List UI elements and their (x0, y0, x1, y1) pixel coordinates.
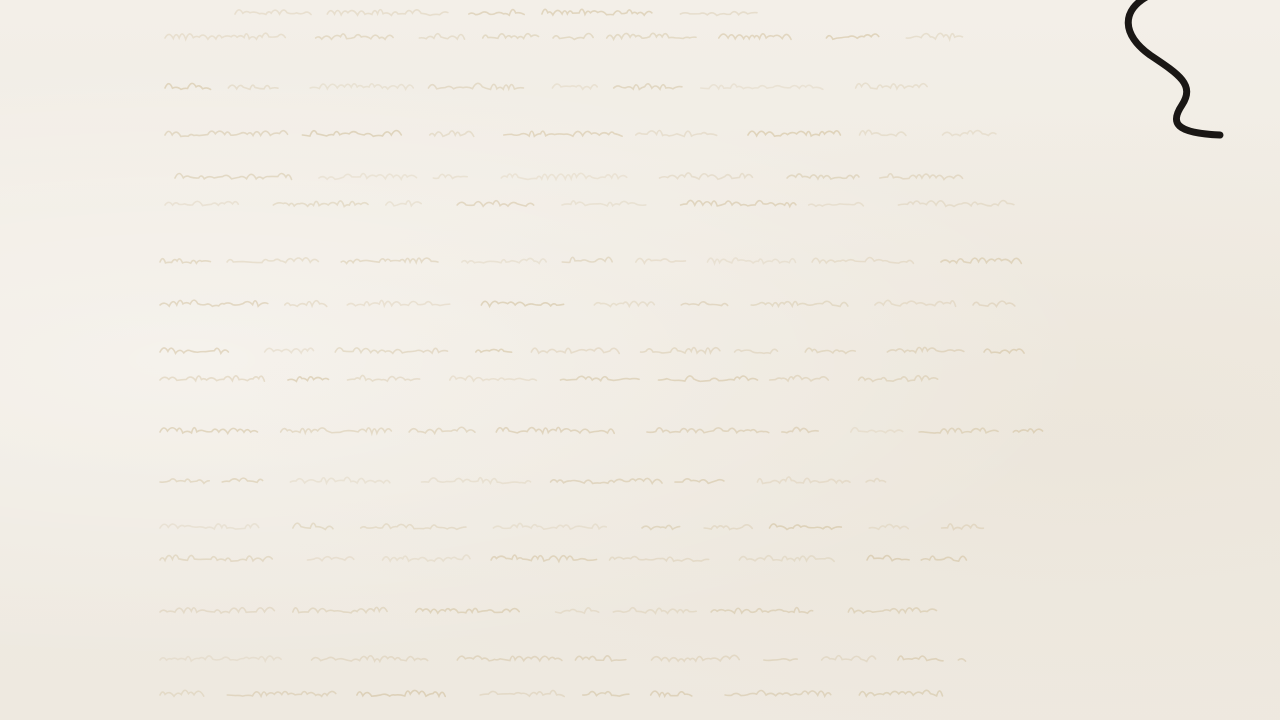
bleed-word (636, 130, 717, 136)
bleed-word (562, 257, 612, 262)
bleed-word (984, 349, 1024, 353)
bleed-word (681, 302, 727, 306)
bleed-word (483, 34, 539, 39)
bleed-word (848, 608, 936, 613)
bleed-word (469, 10, 524, 16)
bleed-word (556, 608, 599, 613)
bleed-word (227, 691, 335, 696)
bleed-word (312, 656, 428, 662)
ink-flourish (1110, 0, 1240, 145)
bleed-word (561, 376, 640, 380)
bleed-word (160, 555, 272, 561)
bleed-word (542, 9, 652, 15)
bleed-word (316, 34, 394, 39)
bleed-word (652, 655, 740, 661)
bleed-word (856, 83, 927, 89)
bleed-word (906, 33, 962, 39)
bleed-word (416, 608, 519, 613)
bleed-word (265, 348, 314, 353)
bleed-word (680, 12, 757, 16)
bleed-word (770, 376, 829, 381)
bleed-word (787, 174, 859, 179)
bleed-word (160, 348, 228, 353)
bleed-word (826, 34, 878, 39)
bleed-word (658, 376, 757, 381)
bleed-word (719, 34, 791, 40)
bleed-word (160, 300, 268, 306)
bleed-word (757, 477, 850, 484)
bleed-word (273, 201, 368, 207)
bleed-word (551, 478, 662, 483)
bleed-word (875, 300, 956, 306)
bleed-word (433, 174, 467, 178)
bleed-word (651, 691, 692, 696)
bleed-word (764, 659, 797, 661)
bleed-word (748, 131, 840, 136)
bleed-word (341, 258, 438, 263)
bleed-word (493, 523, 606, 529)
bleed-word (553, 33, 593, 39)
bleed-word (562, 201, 646, 206)
bleed-word (867, 555, 909, 560)
bleed-word (859, 690, 942, 696)
bleed-word (302, 131, 401, 137)
bleed-word (782, 427, 818, 432)
bleed-word (613, 608, 696, 614)
bleed-word (165, 33, 285, 39)
bleed-word (160, 524, 259, 529)
bleed-word (501, 173, 627, 179)
bleed-word (636, 258, 686, 263)
bleed-word (227, 258, 318, 263)
bleed-word (942, 524, 984, 530)
bleed-word (160, 690, 204, 696)
bleed-word (476, 349, 512, 352)
bleed-word (552, 84, 597, 89)
bleed-word (160, 428, 257, 434)
bleed-word (307, 557, 353, 561)
bleed-word (288, 377, 329, 382)
bleed-word (165, 201, 238, 205)
bleed-word (958, 659, 965, 661)
bleed-word (422, 478, 531, 484)
bleed-word (607, 33, 696, 39)
bleed-word (898, 656, 943, 661)
bleed-word (160, 259, 210, 264)
bleed-word (594, 301, 654, 306)
bleed-word (809, 203, 864, 207)
bleed-word (531, 348, 619, 353)
bleed-word (228, 85, 278, 89)
bleed-word (285, 301, 327, 307)
bleed-word (973, 301, 1015, 306)
bleed-word (860, 130, 906, 136)
bleed-word (160, 608, 274, 614)
bleed-word (428, 83, 523, 89)
bleed-word (770, 524, 842, 529)
bleed-word (859, 376, 938, 382)
bleed-word (310, 84, 413, 89)
bleed-word (175, 173, 292, 179)
bleed-word (457, 201, 534, 207)
bleed-word (707, 258, 795, 263)
bleed-word (887, 347, 963, 352)
bleed-word (919, 428, 998, 433)
bleed-word (222, 478, 262, 482)
bleed-word (504, 131, 622, 136)
bleed-word (614, 84, 682, 90)
bleed-word (641, 348, 720, 353)
bleed-word (419, 34, 464, 39)
bleed-word (583, 692, 629, 697)
bleed-word (348, 375, 420, 381)
bleed-word (941, 258, 1021, 263)
bleed-word (1013, 429, 1042, 433)
bleed-word (290, 477, 390, 483)
bleed-word (481, 301, 563, 306)
bleed-word (165, 131, 288, 137)
bleed-word (293, 607, 387, 612)
bleed-word (347, 300, 450, 305)
bleed-word (805, 348, 855, 353)
bleed-word (383, 555, 470, 561)
bleed-word (491, 555, 596, 561)
bleed-word (281, 428, 392, 434)
bleed-word (165, 83, 211, 89)
bleed-word (327, 10, 448, 16)
bleed-word (681, 200, 796, 206)
bleed-word (409, 427, 475, 433)
bleed-word (160, 376, 264, 381)
bleed-word (921, 556, 966, 561)
bleed-word (319, 174, 417, 180)
bleed-word (739, 556, 834, 562)
bleed-word (851, 428, 903, 433)
bleed-word (701, 84, 823, 89)
bleed-word (235, 10, 311, 15)
bleed-word (462, 258, 546, 263)
bleed-word (335, 348, 447, 353)
bleed-word (430, 131, 474, 137)
bleed-word (450, 376, 536, 381)
bleed-word (575, 656, 625, 661)
bleed-through-handwriting (0, 0, 1280, 720)
bleed-word (812, 257, 913, 263)
bleed-word (735, 349, 778, 353)
bleed-word (361, 524, 466, 529)
bleed-word (822, 656, 876, 662)
bleed-word (642, 525, 680, 529)
bleed-word (293, 523, 333, 529)
bleed-word (457, 656, 562, 661)
bleed-word (880, 174, 963, 180)
bleed-word (357, 690, 445, 696)
bleed-word (480, 690, 564, 696)
bleed-word (725, 690, 831, 696)
bleed-word (660, 173, 753, 179)
bleed-word (675, 479, 724, 484)
bleed-word (942, 131, 995, 136)
bleed-word (386, 201, 421, 206)
bleed-word (610, 557, 709, 562)
bleed-word (160, 479, 209, 483)
bleed-word (866, 479, 886, 482)
bleed-word (496, 427, 614, 433)
bleed-word (869, 524, 908, 529)
bleed-word (711, 608, 813, 614)
bleed-word (160, 656, 281, 661)
bleed-word (751, 301, 848, 306)
bleed-word (647, 428, 769, 433)
bleed-word (704, 525, 752, 530)
bleed-word (898, 201, 1013, 207)
